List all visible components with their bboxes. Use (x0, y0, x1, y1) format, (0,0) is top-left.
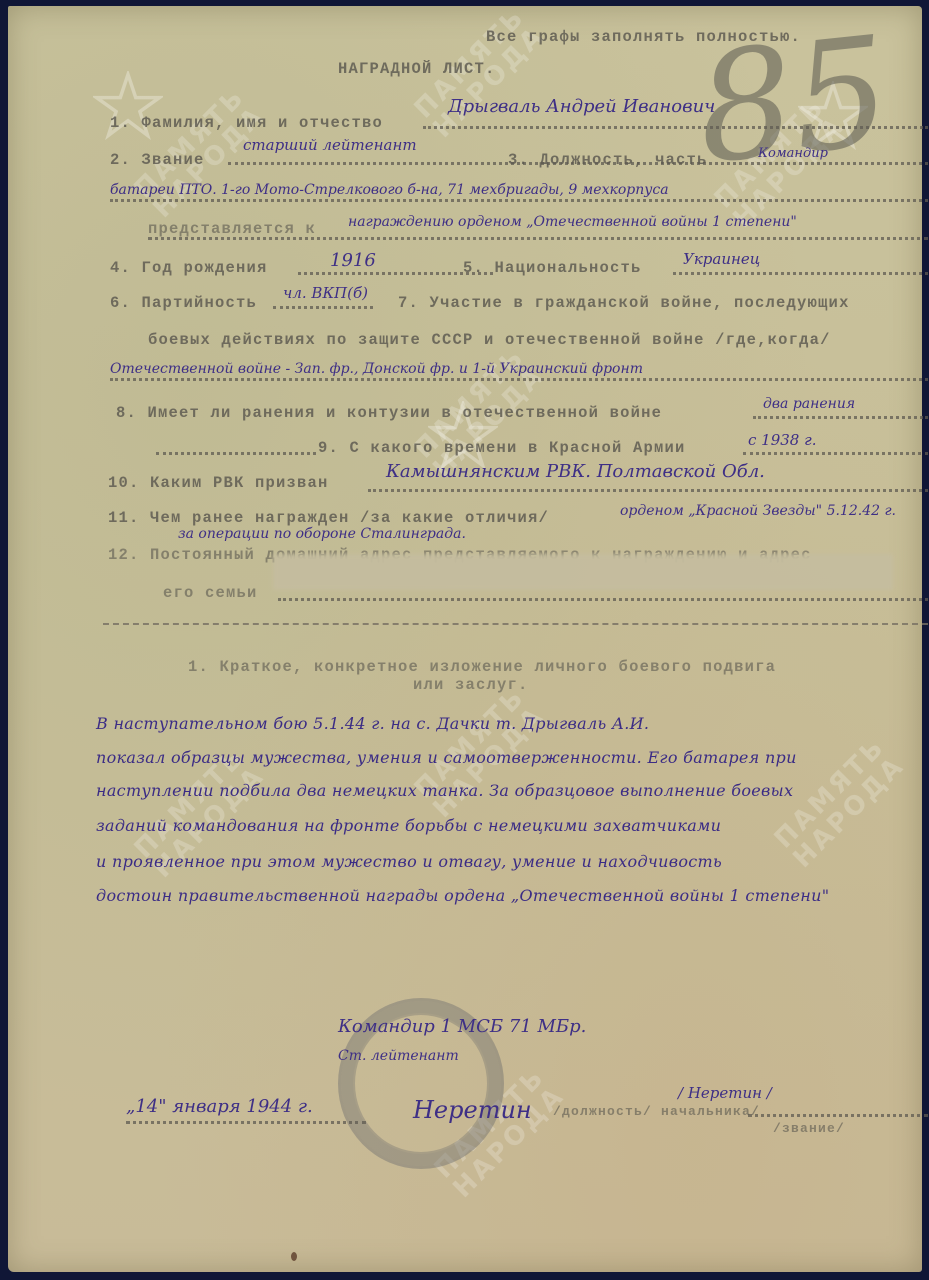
dotted-line (748, 1114, 928, 1117)
dotted-line (156, 452, 316, 455)
dotted-line (423, 126, 928, 129)
redacted-address (273, 554, 893, 590)
field-value-award: награждению орденом „Отечественной войны… (348, 214, 797, 230)
field-value-previous-awards-reason: за операции по обороне Сталинграда. (178, 526, 466, 542)
field-label-birth-year: 4. Год рождения (110, 259, 268, 277)
field-label-party: 6. Партийность (110, 294, 257, 312)
field-label-full-name: 1. Фамилия, имя и отчество (110, 114, 383, 132)
dotted-line (753, 416, 928, 419)
narrative-line: В наступательном бою 5.1.44 г. на с. Дач… (96, 714, 649, 733)
document-date: „14" января 1944 г. (126, 1096, 313, 1117)
field-label-draft-office: 10. Каким РВК призван (108, 474, 329, 492)
dotted-line (673, 272, 928, 275)
field-label-presented-for: представляется к (148, 220, 316, 238)
section-heading-cont: или заслуг. (413, 676, 529, 694)
dotted-line (110, 199, 928, 202)
field-label-family-address: его семьи (163, 584, 258, 602)
caption-position: /должность/ начальника/ (553, 1104, 760, 1119)
paper-stain (291, 1252, 297, 1261)
dotted-line (743, 452, 928, 455)
field-value-party: чл. ВКП(б) (283, 284, 368, 302)
narrative-line: заданий командования на фронте борьбы с … (96, 816, 721, 835)
field-label-nationality: 5. Национальность (463, 259, 642, 277)
field-value-army-since: с 1938 г. (748, 431, 816, 449)
narrative-line: и проявленное при этом мужество и отвагу… (96, 852, 722, 871)
section-divider (103, 623, 928, 625)
signatory-position: Командир 1 МСБ 71 МБр. (338, 1016, 586, 1037)
field-label-army-since: 9. С какого времени в Красной Армии (318, 439, 686, 457)
field-value-nationality: Украинец (683, 250, 760, 268)
dotted-line (126, 1121, 366, 1124)
field-label-previous-awards: 11. Чем ранее награжден /за какие отличи… (108, 509, 549, 527)
signatory-name: / Неретин / (678, 1084, 772, 1102)
form-instruction: Все графы заполнять полностью. (486, 28, 801, 46)
field-label-war-participation: 7. Участие в гражданской войне, последую… (398, 294, 850, 312)
field-value-full-name: Дрыгваль Андрей Иванович (448, 96, 715, 117)
field-value-birth-year: 1916 (330, 250, 376, 271)
section-heading: 1. Краткое, конкретное изложение личного… (188, 658, 776, 676)
field-value-position: Командир (758, 146, 828, 161)
narrative-line: наступлении подбила два немецких танка. … (96, 781, 793, 800)
document-title: НАГРАДНОЙ ЛИСТ. (338, 60, 496, 78)
field-value-previous-awards: орденом „Красной Звезды" 5.12.42 г. (620, 503, 896, 519)
field-label-position: 3. Должность, часть (508, 151, 708, 169)
caption-rank: /звание/ (773, 1121, 845, 1136)
field-value-rank: старший лейтенант (243, 136, 417, 154)
narrative-line: достоин правительственной награды ордена… (96, 886, 829, 905)
field-value-war-participation: Отечественной войне - Зап. фр., Донской … (110, 361, 643, 377)
dotted-line (110, 378, 928, 381)
dotted-line (273, 306, 373, 309)
field-label-rank: 2. Звание (110, 151, 205, 169)
field-label-wounds: 8. Имеет ли ранения и контузии в отечест… (116, 404, 662, 422)
signature: Неретин (413, 1096, 532, 1124)
dotted-line (148, 237, 928, 240)
field-value-unit: батареи ПТО. 1-го Мото-Стрелкового б-на,… (110, 182, 669, 198)
narrative-line: показал образцы мужества, умения и самоо… (96, 748, 797, 767)
dotted-line (368, 489, 928, 492)
field-value-draft-office: Камышнянским РВК. Полтавской Обл. (386, 461, 765, 482)
signatory-rank: Ст. лейтенант (338, 1048, 459, 1064)
field-label-war-participation-cont: боевых действиях по защите СССР и отечес… (148, 331, 831, 349)
dotted-line (278, 598, 928, 601)
field-value-wounds: два ранения (763, 396, 855, 412)
award-sheet-page: ПАМЯТЬНАРОДА ПАМЯТЬНАРОДА ПАМЯТЬНАРОДА П… (8, 6, 922, 1272)
